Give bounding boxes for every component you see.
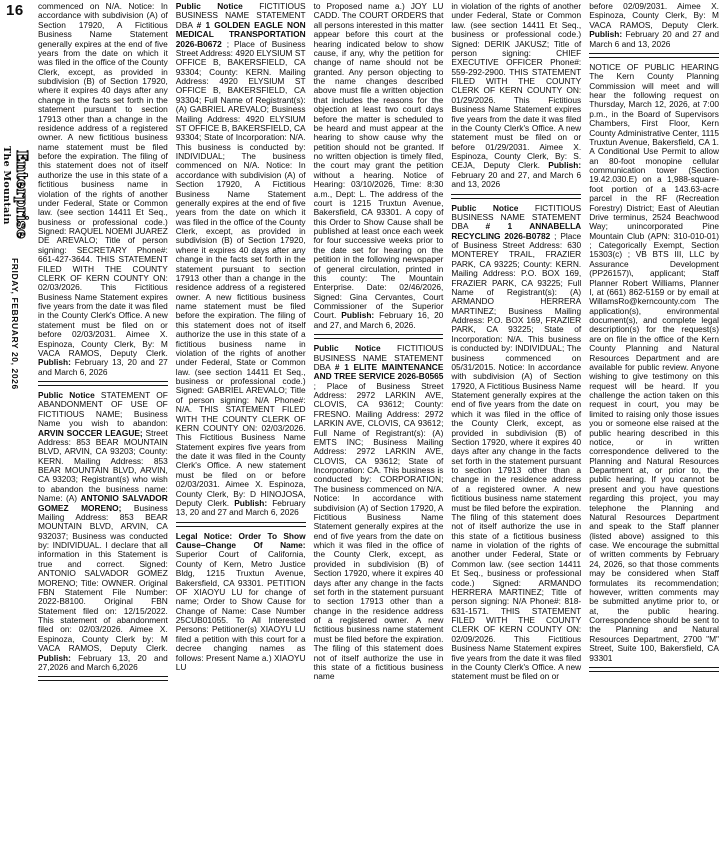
notice-column-2: Public Notice FICTITIOUS BUSINESS NAME S… — [176, 2, 306, 856]
notice-divider — [589, 667, 719, 672]
page-number: 16 — [6, 2, 24, 19]
notice-fbn-annabella-recycling: Public Notice FICTITIOUS BUSINESS NAME S… — [451, 204, 581, 682]
masthead-title-top: The Mountain — [1, 146, 12, 225]
notice-column-4: in violation of the rights of another un… — [451, 2, 581, 856]
notice-divider — [589, 53, 719, 58]
notice-abandonment-arvin-soccer-league: Public Notice STATEMENT OF ABANDONMENT O… — [38, 391, 168, 672]
newspaper-page: 16 The Mountain Enterprise FRIDAY, FEBRU… — [0, 0, 725, 856]
notice-divider — [451, 194, 581, 199]
notice-divider — [38, 676, 168, 681]
notice-fbn-annabella-continuation: before 02/09/2031. Aimee X. Espinoza, Co… — [589, 2, 719, 49]
notice-order-to-show-cause-xiaoyu-lu: Legal Notice: Order To Show Cause–Change… — [176, 532, 306, 673]
notice-divider — [176, 522, 306, 527]
notice-fbn-elite-maintenance: Public Notice FICTITIOUS BUSINESS NAME S… — [314, 344, 444, 682]
notice-divider — [314, 334, 444, 339]
notices-area: commenced on N/A. Notice: In accordance … — [36, 0, 725, 856]
notice-fbn-golden-eagle: Public Notice FICTITIOUS BUSINESS NAME S… — [176, 2, 306, 518]
notice-fbn-elite-maintenance-continuation: in violation of the rights of another un… — [451, 2, 581, 190]
notice-order-to-show-cause-continuation: to Proposed name a.) JOY LU CADD. The CO… — [314, 2, 444, 330]
masthead-sidebar: 16 The Mountain Enterprise FRIDAY, FEBRU… — [0, 0, 36, 856]
masthead-title-enterprise: Enterprise — [13, 150, 31, 239]
notice-divider — [38, 381, 168, 386]
notice-column-5: before 02/09/2031. Aimee X. Espinoza, Co… — [589, 2, 719, 856]
notice-public-hearing-kern-planning: NOTICE OF PUBLIC HEARING The Kern County… — [589, 63, 719, 663]
notice-fbn-continuation-raquel: commenced on N/A. Notice: In accordance … — [38, 2, 168, 377]
notice-column-3: to Proposed name a.) JOY LU CADD. The CO… — [314, 2, 444, 856]
issue-date: FRIDAY, FEBRUARY 20, 2026 — [10, 258, 20, 390]
notice-column-1: commenced on N/A. Notice: In accordance … — [38, 2, 168, 856]
